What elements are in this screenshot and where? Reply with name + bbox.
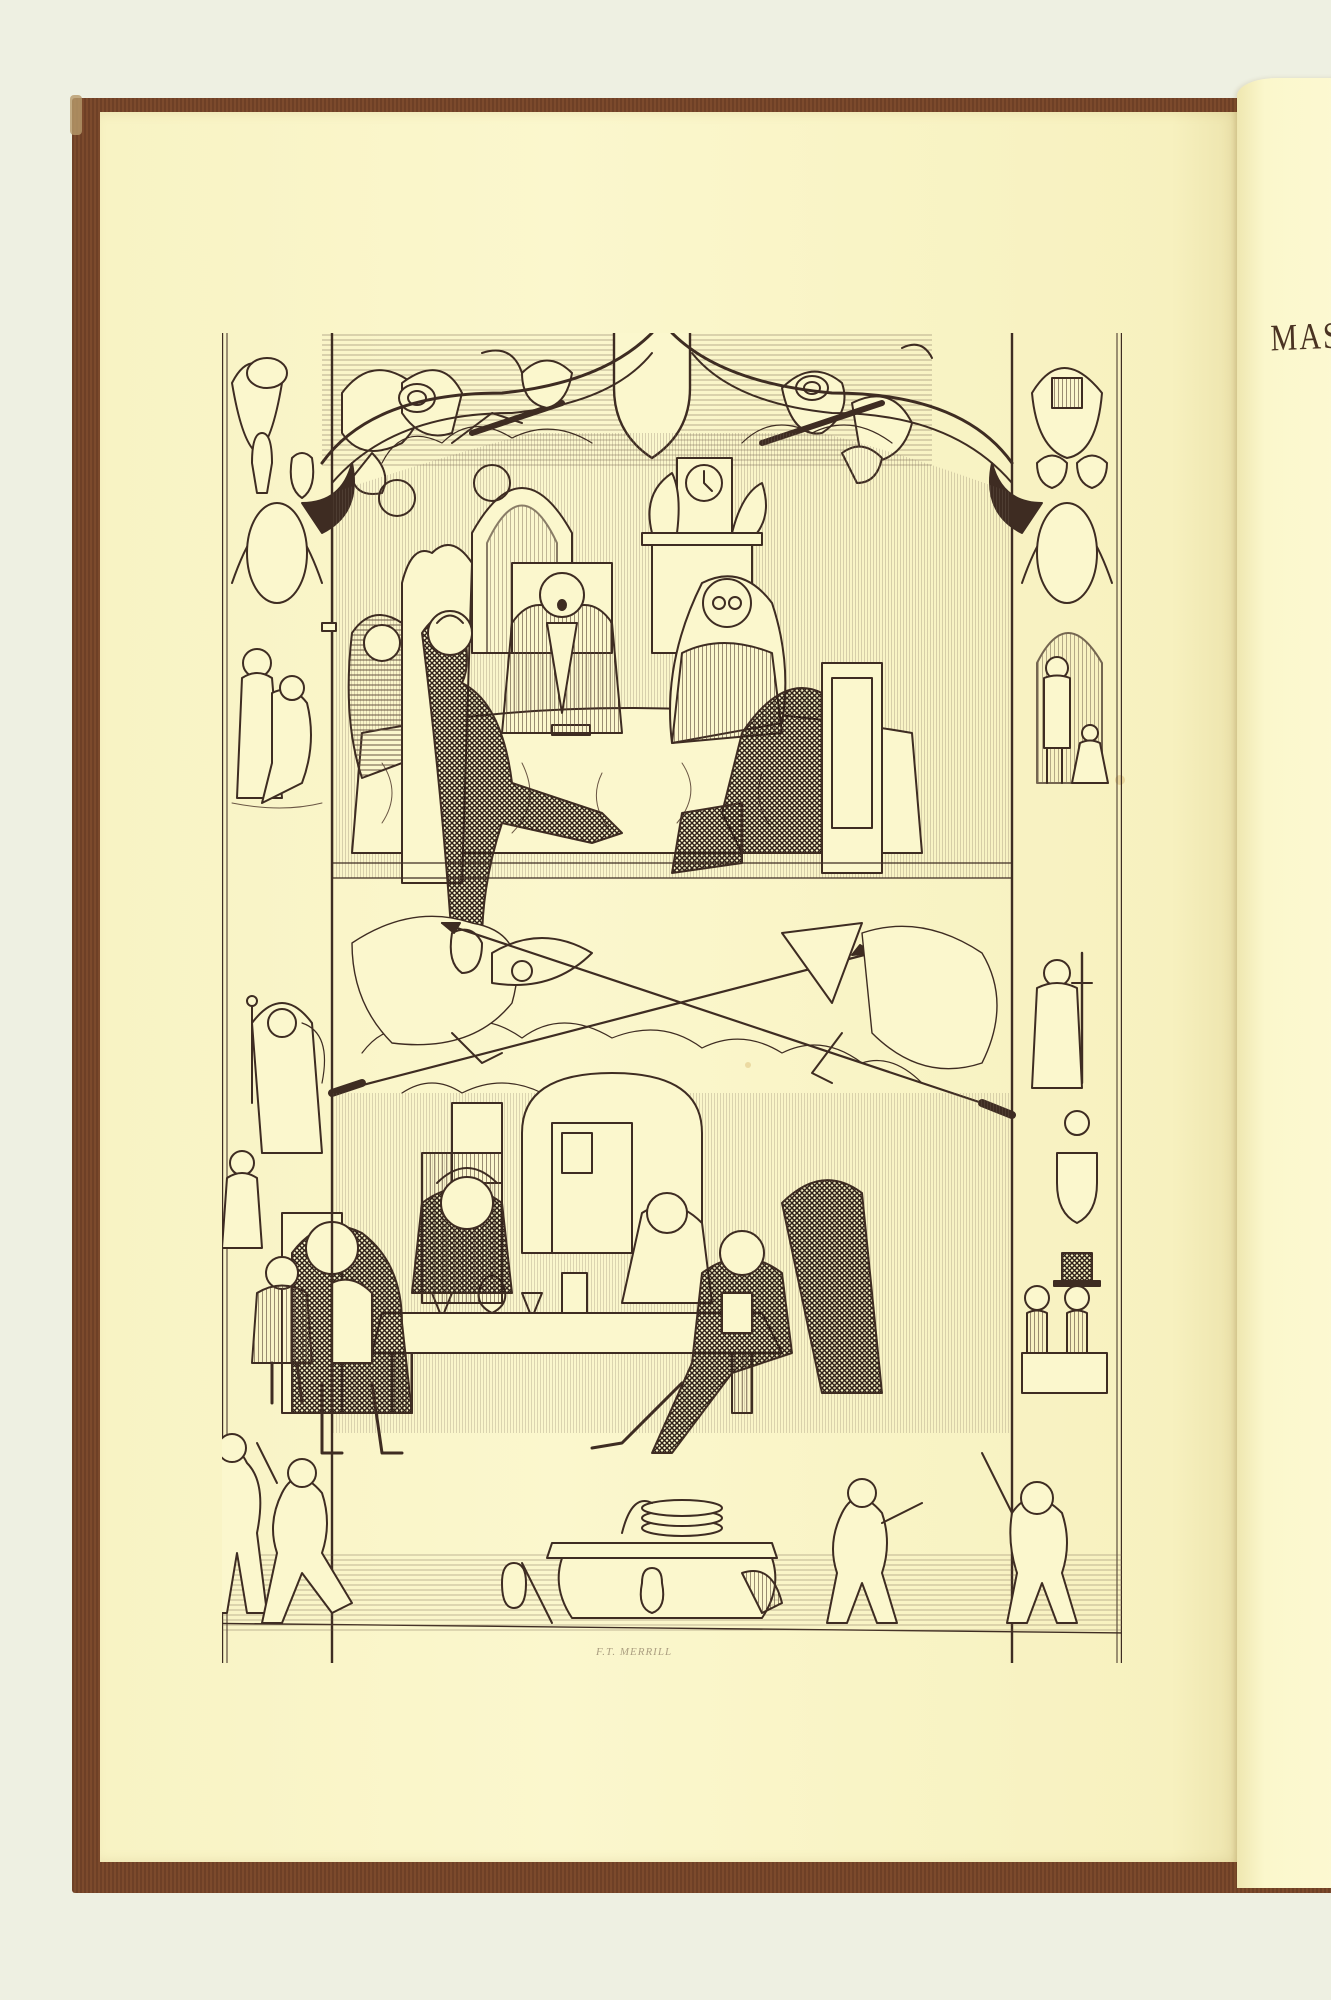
- upper-scene-hall: [332, 425, 1012, 943]
- right-side-panel: [1012, 333, 1122, 1663]
- lower-scene-inn-parlour: [282, 1073, 1012, 1453]
- bottom-border-dancing-armour: [222, 1434, 1122, 1633]
- angel-shield: [1057, 1153, 1097, 1223]
- worn-cover-corner: [70, 95, 82, 135]
- frontispiece-engraving: [222, 333, 1122, 1663]
- heater-shield: [782, 923, 862, 1003]
- title-page-heading-fragment: MAST: [1270, 314, 1331, 360]
- top-hat: [1062, 1253, 1092, 1283]
- engraver-signature: F.T. MERRILL: [596, 1646, 672, 1658]
- middle-scene-jousting-knights: [332, 893, 1012, 1115]
- armour-figure-left: [222, 1434, 267, 1613]
